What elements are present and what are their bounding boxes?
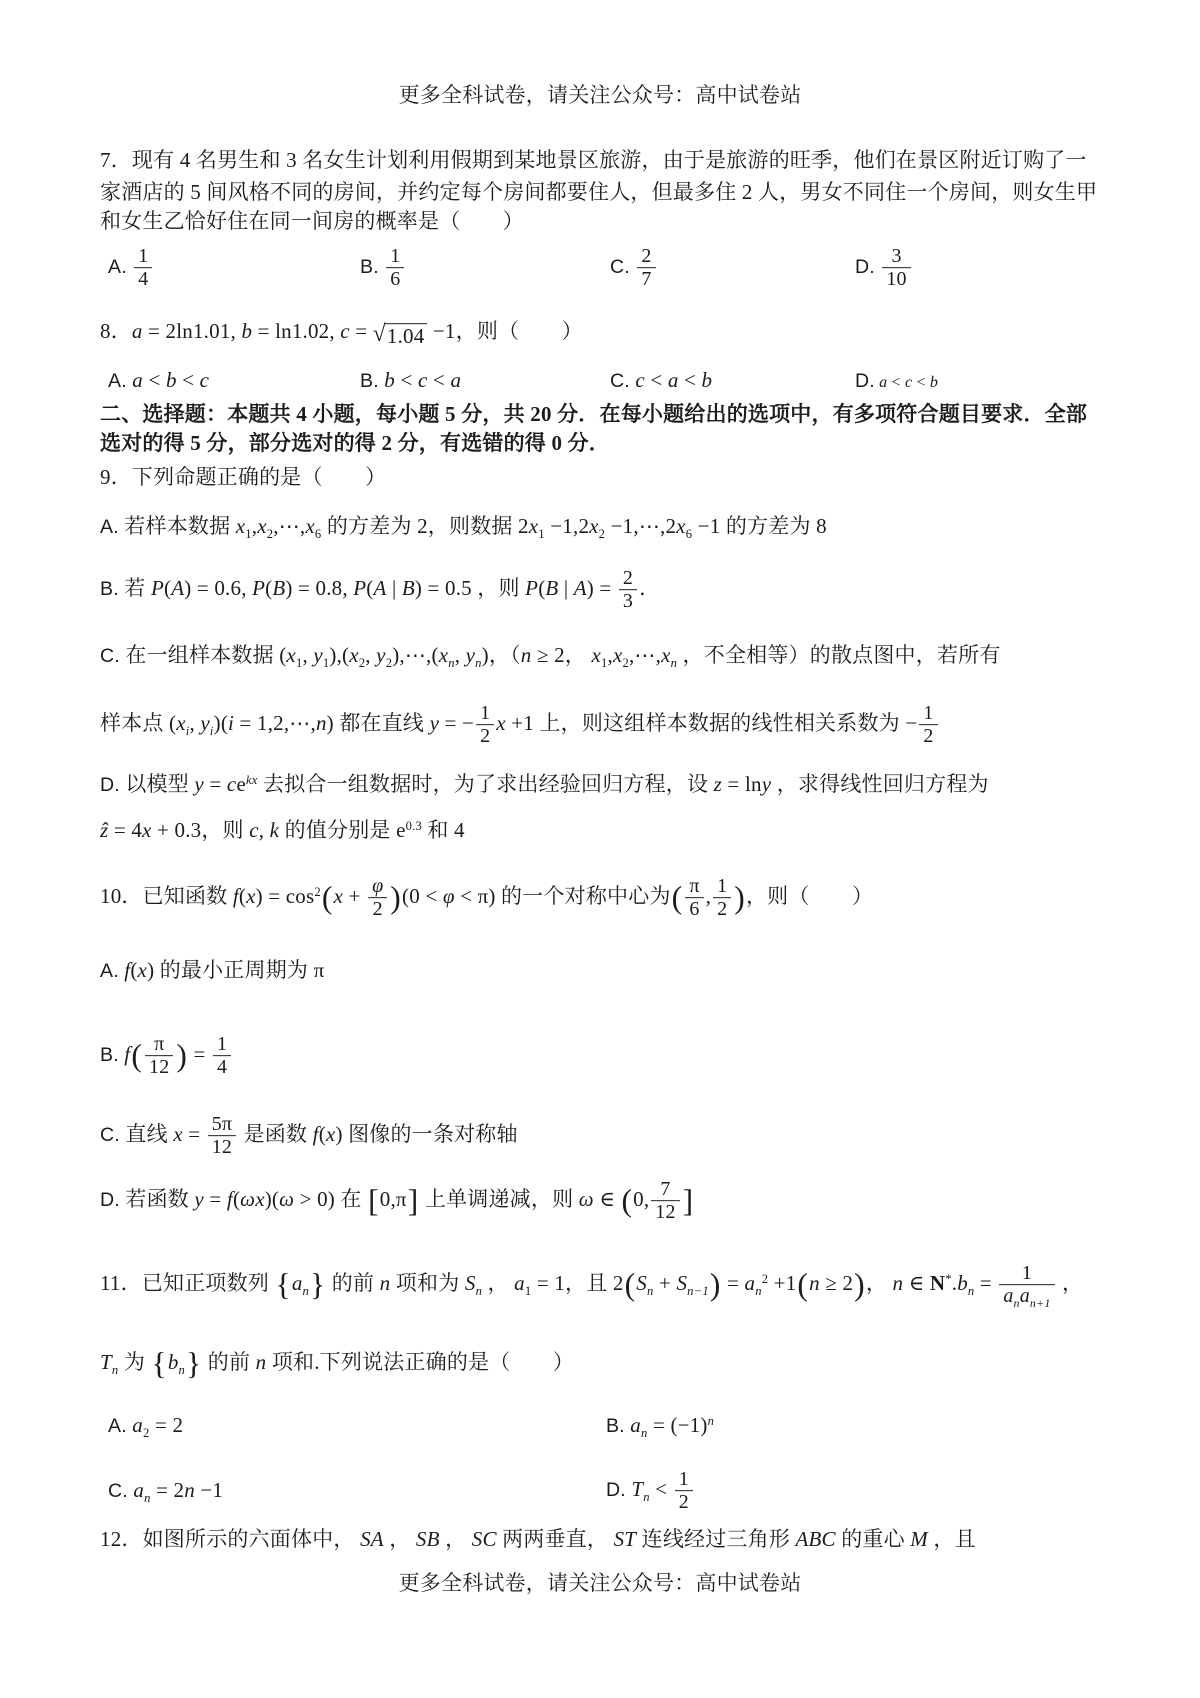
q9-option-c-line-1: C. 在一组样本数据 (x1, y1),(x2, y2),⋯,(xn, yn)，… — [100, 642, 1001, 670]
page-footer: 更多全科试卷，请关注公众号：高中试卷站 — [0, 1570, 1200, 1598]
q8-option-c: C. c < a < b — [610, 367, 712, 395]
q7-line-3: 和女生乙恰好住在同一间房的概率是（ ） — [100, 208, 524, 236]
page-header: 更多全科试卷，请关注公众号：高中试卷站 — [0, 82, 1200, 110]
q7-option-c: C. 27 — [610, 245, 658, 291]
q11-option-b: B. an = (−1)n — [606, 1412, 714, 1440]
q7-option-b: B. 16 — [360, 245, 406, 291]
q12-line-1: 12．如图所示的六面体中， SA ， SB ， SC 两两垂直， ST 连线经过… — [100, 1526, 976, 1554]
q9-option-d-line-1: D. 以模型 y = cekx 去拟合一组数据时，为了求出经验回归方程，设 z … — [100, 771, 989, 799]
q7-line-1: 7．现有 4 名男生和 3 名女生计划利用假期到某地景区旅游，由于是旅游的旺季，… — [100, 147, 1087, 175]
q10-option-b: B. f(π12) = 14 — [100, 1033, 233, 1079]
q9-option-c-line-2: 样本点 (xi, yi)(i = 1,2,⋯,n) 都在直线 y = −12x … — [100, 702, 940, 748]
q10-stem: 10．已知函数 f(x) = cos2(x + φ2)(0 < φ < π) 的… — [100, 875, 873, 921]
q11-line-1: 11．已知正项数列 {an} 的前 n 项和为 Sn ， a1 = 1，且 2(… — [100, 1262, 1083, 1308]
section-2-line-1: 二、选择题：本题共 4 小题，每小题 5 分，共 20 分．在每小题给出的选项中… — [100, 401, 1087, 429]
q9-option-a: A. 若样本数据 x1,x2,⋯,x6 的方差为 2，则数据 2x1 −1,2x… — [100, 513, 827, 541]
section-2-line-2: 选对的得 5 分，部分选对的得 2 分，有选错的得 0 分． — [100, 430, 610, 458]
q8-option-b: B. b < c < a — [360, 367, 461, 395]
q9-stem: 9．下列命题正确的是（ ） — [100, 464, 386, 492]
q8-option-a: A. a < b < c — [108, 367, 209, 395]
q8-option-d: D. a < c < b — [855, 367, 938, 395]
q11-option-d: D. Tn < 12 — [606, 1468, 695, 1514]
q10-option-a: A. f(x) 的最小正周期为 π — [100, 957, 324, 985]
q10-option-d: D. 若函数 y = f(ωx)(ω > 0) 在 [0,π] 上单调递减，则 … — [100, 1178, 694, 1224]
q7-line-2: 家酒店的 5 间风格不同的房间，并约定每个房间都要住人，但最多住 2 人，男女不… — [100, 179, 1097, 207]
document-page: 更多全科试卷，请关注公众号：高中试卷站 7．现有 4 名男生和 3 名女生计划利… — [0, 0, 1200, 1698]
q11-option-a: A. a2 = 2 — [108, 1412, 183, 1440]
q9-option-b: B. 若 P(A) = 0.6, P(B) = 0.8, P(A | B) = … — [100, 567, 660, 613]
q11-option-c: C. an = 2n −1 — [108, 1477, 223, 1505]
q9-option-d-line-2: ẑ = 4x + 0.3，则 c, k 的值分别是 e0.3 和 4 — [100, 817, 465, 845]
q7-option-d: D. 310 — [855, 245, 913, 291]
q10-option-c: C. 直线 x = 5π12 是函数 f(x) 图像的一条对称轴 — [100, 1113, 518, 1159]
q8-stem: 8．a = 2ln1.01, b = ln1.02, c = √1.04 −1，… — [100, 318, 583, 348]
q11-line-2: Tn 为 {bn} 的前 n 项和.下列说法正确的是（ ） — [100, 1349, 574, 1377]
q7-option-a: A. 14 — [108, 245, 154, 291]
